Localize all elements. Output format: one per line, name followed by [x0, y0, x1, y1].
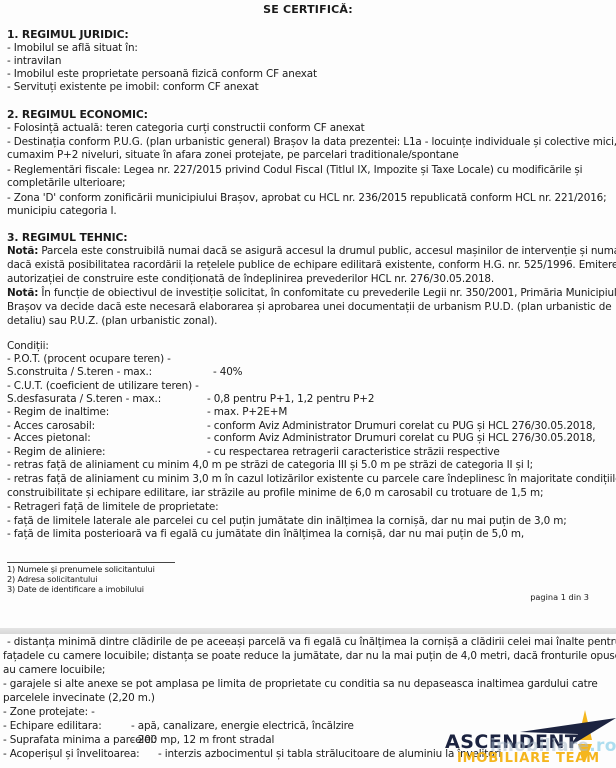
condition-value: - conform Aviz Administrator Drumuri cor…: [207, 432, 595, 445]
footnote-divider: [7, 562, 175, 563]
condition-value: - cu respectarea retragerii caracteristi…: [207, 446, 500, 459]
brand-subtitle: IMOBILIARE TEAM: [457, 751, 600, 766]
juridic-line: - Imobilul se află situat în:: [7, 42, 138, 55]
economic-line: - Folosință actuală: teren categoria cur…: [7, 122, 365, 135]
condition-label: - C.U.T. (coeficient de utilizare teren)…: [7, 380, 199, 393]
condition-label: - Echipare edilitara:: [3, 720, 102, 733]
note-label: Notă:: [7, 287, 38, 299]
condition-value: - apă, canalizare, energie electrică, în…: [131, 720, 354, 733]
condition-value: - max. P+2E+M: [207, 406, 287, 419]
page2-line: - distanța minimă dintre clădirile de pe…: [7, 636, 616, 649]
page2-line: parcelele invecinate (2,20 m.): [3, 692, 155, 705]
condition-label: S.construita / S.teren - max.:: [7, 366, 152, 379]
condition-label: - Acces pietonal:: [7, 432, 91, 445]
section-heading-juridic: 1. REGIMUL JURIDIC:: [7, 28, 129, 41]
document-title: SE CERTIFICĂ:: [0, 3, 616, 16]
conditions-heading: Condiții:: [7, 340, 49, 353]
note-1-line: dacă există posibilitatea racordării la …: [7, 259, 616, 272]
footnote: 1) Numele și prenumele solicitantului: [7, 564, 155, 575]
condition-label: - Regim de aliniere:: [7, 446, 105, 459]
economic-line: municipiu categoria I.: [7, 205, 117, 218]
page2-line: - Zone protejate: -: [3, 706, 95, 719]
note-2-line: Brașov va decide dacă este necesară elab…: [7, 301, 611, 314]
condition-label: - Acoperișul și învelitoarea:: [3, 748, 140, 761]
economic-line: - Zona 'D' conform zonificării municipiu…: [7, 192, 607, 205]
conditions-line: - retras față de aliniament cu minim 4,0…: [7, 459, 533, 472]
page2-line: - garajele si alte anexe se pot amplasa …: [3, 678, 598, 691]
condition-value: - 40%: [213, 366, 242, 379]
condition-label: S.desfasurata / S.teren - max.:: [7, 393, 161, 406]
juridic-line: - Imobilul este proprietate persoană fiz…: [7, 68, 317, 81]
footnote: 3) Date de identificare a imobilului: [7, 584, 144, 595]
conditions-line: - față de limitele laterale ale parcelei…: [7, 515, 567, 528]
page2-line: fațadele cu camere locuibile; distanța s…: [3, 650, 616, 663]
conditions-line: construibilitate și echipare edilitare, …: [7, 487, 543, 500]
note-label: Notă:: [7, 245, 38, 257]
condition-label: - Regim de inaltime:: [7, 406, 109, 419]
economic-line: completările ulterioare;: [7, 177, 125, 190]
document-page-1: SE CERTIFICĂ: 1. REGIMUL JURIDIC: - Imob…: [0, 0, 616, 628]
conditions-line: - Retrageri față de limitele de propriet…: [7, 501, 219, 514]
juridic-line: - intravilan: [7, 55, 61, 68]
note-2-line: detaliu) sau P.U.Z. (plan urbanistic zon…: [7, 315, 217, 328]
condition-value: - 200 mp, 12 m front stradal: [131, 734, 274, 747]
economic-line: - Destinația conform P.U.G. (plan urbani…: [7, 136, 616, 149]
economic-line: - Reglementări fiscale: Legea nr. 227/20…: [7, 164, 582, 177]
juridic-line: - Servituți existente pe imobil: conform…: [7, 81, 259, 94]
condition-value: - 0,8 pentru P+1, 1,2 pentru P+2: [207, 393, 374, 406]
watermark-logo: ASCENDENT imobiliare.ro IMOBILIARE TEAM: [420, 700, 616, 768]
note-2: Notă: În funcție de obiectivul de invest…: [7, 287, 616, 300]
page2-line: au camere locuibile;: [3, 664, 105, 677]
conditions-line: - retras față de aliniament cu minim 3,0…: [7, 473, 616, 486]
note-1-line: autorizației de construire este condițio…: [7, 273, 494, 286]
footnote: 2) Adresa solicitantului: [7, 574, 97, 585]
page-number: pagina 1 din 3: [530, 592, 589, 602]
note-1: Notă: Parcela este construibilă numai da…: [7, 245, 616, 258]
section-heading-economic: 2. REGIMUL ECONOMIC:: [7, 108, 148, 121]
condition-label: - P.O.T. (procent ocupare teren) -: [7, 353, 171, 366]
conditions-line: - față de limita posterioară va fi egală…: [7, 528, 524, 541]
section-heading-tehnic: 3. REGIMUL TEHNIC:: [7, 231, 127, 244]
economic-line: cumaxim P+2 niveluri, situate în afara z…: [7, 149, 459, 162]
